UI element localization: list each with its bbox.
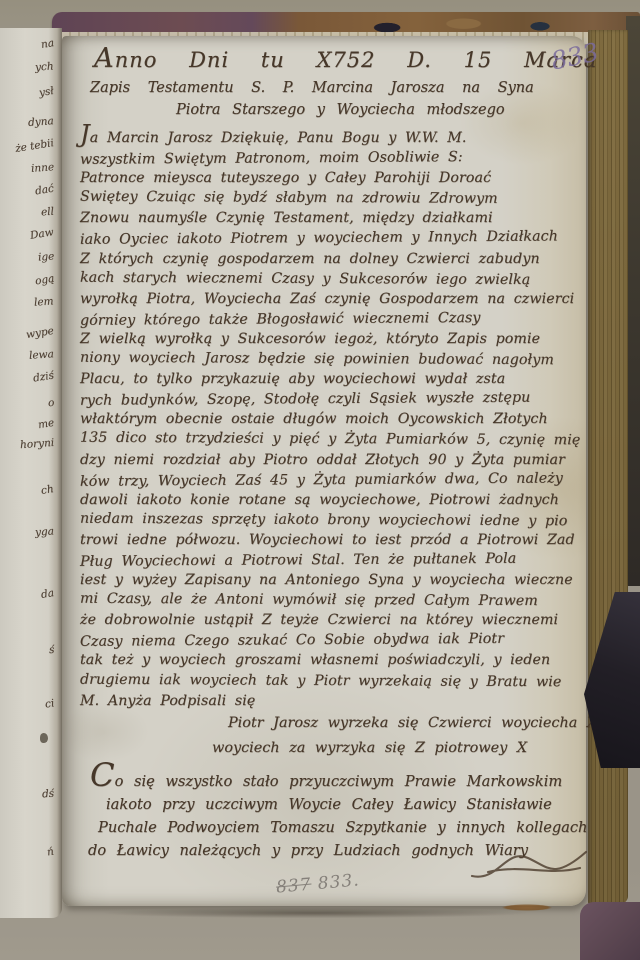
page-edge-text-fragment: ś bbox=[48, 644, 54, 656]
manuscript-line: dawoli iakoto konie rotane są woyciechow… bbox=[80, 490, 586, 510]
page-edge-text-fragment: inne bbox=[31, 161, 55, 175]
signature-flourish-icon bbox=[468, 842, 590, 886]
manuscript-line: niedam inszezas sprzęty iakoto brony woy… bbox=[80, 508, 586, 531]
manuscript-line: 135 dico sto trzydzieści y pięć y Żyta P… bbox=[80, 428, 586, 451]
page-edge-text-fragment: ch bbox=[40, 483, 54, 497]
manuscript-line: drugiemu iak woyciech tak y Piotr wyrzek… bbox=[80, 669, 586, 692]
manuscript-line: M. Anyża Podpisali się bbox=[80, 691, 586, 711]
signature-line-piotr: Piotr Jarosz wyrzeka się Czwierci woycie… bbox=[228, 711, 586, 736]
manuscript-line: mi Czasy, ale że Antoni wymówił się prze… bbox=[80, 589, 586, 612]
page-edge-text-fragment: dziś bbox=[32, 369, 55, 384]
page-edge-text-fragment: lewa bbox=[29, 348, 55, 362]
left-page-edge: na ych ysł dyna że tebii inne dać ell Da… bbox=[0, 28, 62, 918]
book-bottom-cover-corner bbox=[580, 902, 640, 960]
page-edge-text-fragment: horyni bbox=[19, 437, 54, 451]
manuscript-line: Patronce mieysca tuteyszego y Całey Paro… bbox=[80, 168, 586, 188]
book-right-cover-edge bbox=[626, 16, 640, 586]
page-edge-text-fragment: da bbox=[40, 587, 55, 601]
page-edge-text-fragment: na bbox=[40, 37, 55, 51]
page-edge-text-fragment: ige bbox=[37, 250, 54, 263]
page-edge-text-fragment: ogą bbox=[34, 273, 55, 288]
page-edge-text-fragment: ci bbox=[44, 697, 55, 710]
manuscript-line: Swiętey Czuiąc się bydź słabym na zdrowi… bbox=[80, 187, 586, 210]
page-edge-text-fragment: ych bbox=[35, 60, 54, 73]
manuscript-line: Z wielką wyrołką y Sukcesorów iegoż, któ… bbox=[80, 329, 586, 349]
manuscript-line: dzy niemi rozdział aby Piotro oddał Złot… bbox=[80, 450, 586, 470]
manuscript-line: tak też y woyciech groszami własnemi poś… bbox=[80, 650, 586, 670]
manuscript-line: trowi iedne półwozu. Woyciechowi to iest… bbox=[80, 530, 586, 550]
new-page-number: 833. bbox=[317, 870, 360, 894]
manuscript-date-line: Anno Dni tu X752 D. 15 Marca bbox=[94, 42, 586, 77]
binding-debris bbox=[492, 903, 562, 912]
closing-line: Puchale Podwoyciem Tomaszu Szpytkanie y … bbox=[98, 816, 586, 839]
manuscript-title-line: Piotra Starszego y Woyciecha młodszego bbox=[176, 99, 586, 121]
manuscript-line: Z których czynię gospodarzem na dolney C… bbox=[80, 249, 586, 269]
manuscript-line: Placu, to tylko przykazuię aby woyciecho… bbox=[80, 369, 586, 389]
manuscript-line: niony woyciech Jarosz będzie się powinie… bbox=[80, 348, 586, 371]
ink-blot bbox=[40, 733, 48, 743]
manuscript-line: wszystkim Swiętym Patronom, moim Osobliw… bbox=[80, 146, 586, 170]
signature-line-woyciech: woyciech za wyrzyka się Z piotrowey X bbox=[212, 736, 586, 761]
page-block-fore-edge bbox=[588, 30, 628, 904]
page-edge-text-fragment: yga bbox=[35, 525, 55, 538]
page-edge-text-fragment: o bbox=[47, 397, 54, 409]
manuscript-line: Czasy niema Czego szukać Co Sobie obydwa… bbox=[80, 629, 586, 653]
manuscript-line: iako Oyciec iakoto Piotrem y woyciechem … bbox=[80, 227, 586, 251]
page-edge-text-fragment: dś bbox=[41, 788, 54, 801]
manuscript-text: Anno Dni tu X752 D. 15 Marca Zapis Testa… bbox=[80, 42, 586, 902]
manuscript-line: wyrołką Piotra, Woyciecha Zaś czynię Gos… bbox=[80, 289, 586, 309]
closing-line: Co się wszystko stało przyuczciwym Prawi… bbox=[90, 769, 586, 793]
closing-line: iakoto przy uczciwym Woycie Całey Ławicy… bbox=[106, 793, 586, 816]
manuscript-line: kach starych wiecznemi Czasy y Sukcesoró… bbox=[80, 267, 586, 290]
page-edge-text-fragment: Daw bbox=[30, 226, 55, 242]
page-edge-text-fragment: dyna bbox=[28, 115, 54, 129]
manuscript-line: rych budynków, Szopę, Stodołę czyli Sąsi… bbox=[80, 387, 586, 411]
manuscript-line: Ja Marcin Jarosz Dziękuię, Panu Bogu y W… bbox=[80, 127, 586, 148]
old-page-number: 837 bbox=[275, 875, 312, 898]
manuscript-line: ków trzy, Woyciech Zaś 45 y Żyta pumiark… bbox=[80, 468, 586, 492]
manuscript-line: górniey którego także Błogosławić wieczn… bbox=[80, 307, 586, 331]
manuscript-line: Znowu naumyśle Czynię Testament, między … bbox=[80, 208, 586, 228]
page-edge-text-fragment: lem bbox=[34, 295, 54, 308]
page-edge-text-fragment: że tebii bbox=[14, 137, 54, 155]
manuscript-line: że dobrowolnie ustąpił Z teyże Czwierci … bbox=[80, 610, 586, 630]
page-edge-text-fragment: ell bbox=[41, 206, 55, 219]
archival-photo: na ych ysł dyna że tebii inne dać ell Da… bbox=[0, 0, 640, 960]
page-edge-text-fragment: dać bbox=[34, 183, 55, 198]
manuscript-line: iest y wyżey Zapisany na Antoniego Syna … bbox=[80, 570, 586, 590]
page-edge-text-fragment: wype bbox=[25, 325, 54, 341]
manuscript-line: właktórym obecnie ostaie długów moich Oy… bbox=[80, 409, 586, 429]
page-edge-text-fragment: ysł bbox=[38, 85, 54, 99]
page-edge-text-fragment: me bbox=[37, 417, 55, 431]
manuscript-line: Pług Woyciechowi a Piotrowi Stal. Ten że… bbox=[80, 548, 586, 572]
manuscript-title-line: Zapis Testamentu S. P. Marcina Jarosza n… bbox=[90, 77, 586, 99]
page-edge-text-fragment: ń bbox=[46, 846, 55, 859]
